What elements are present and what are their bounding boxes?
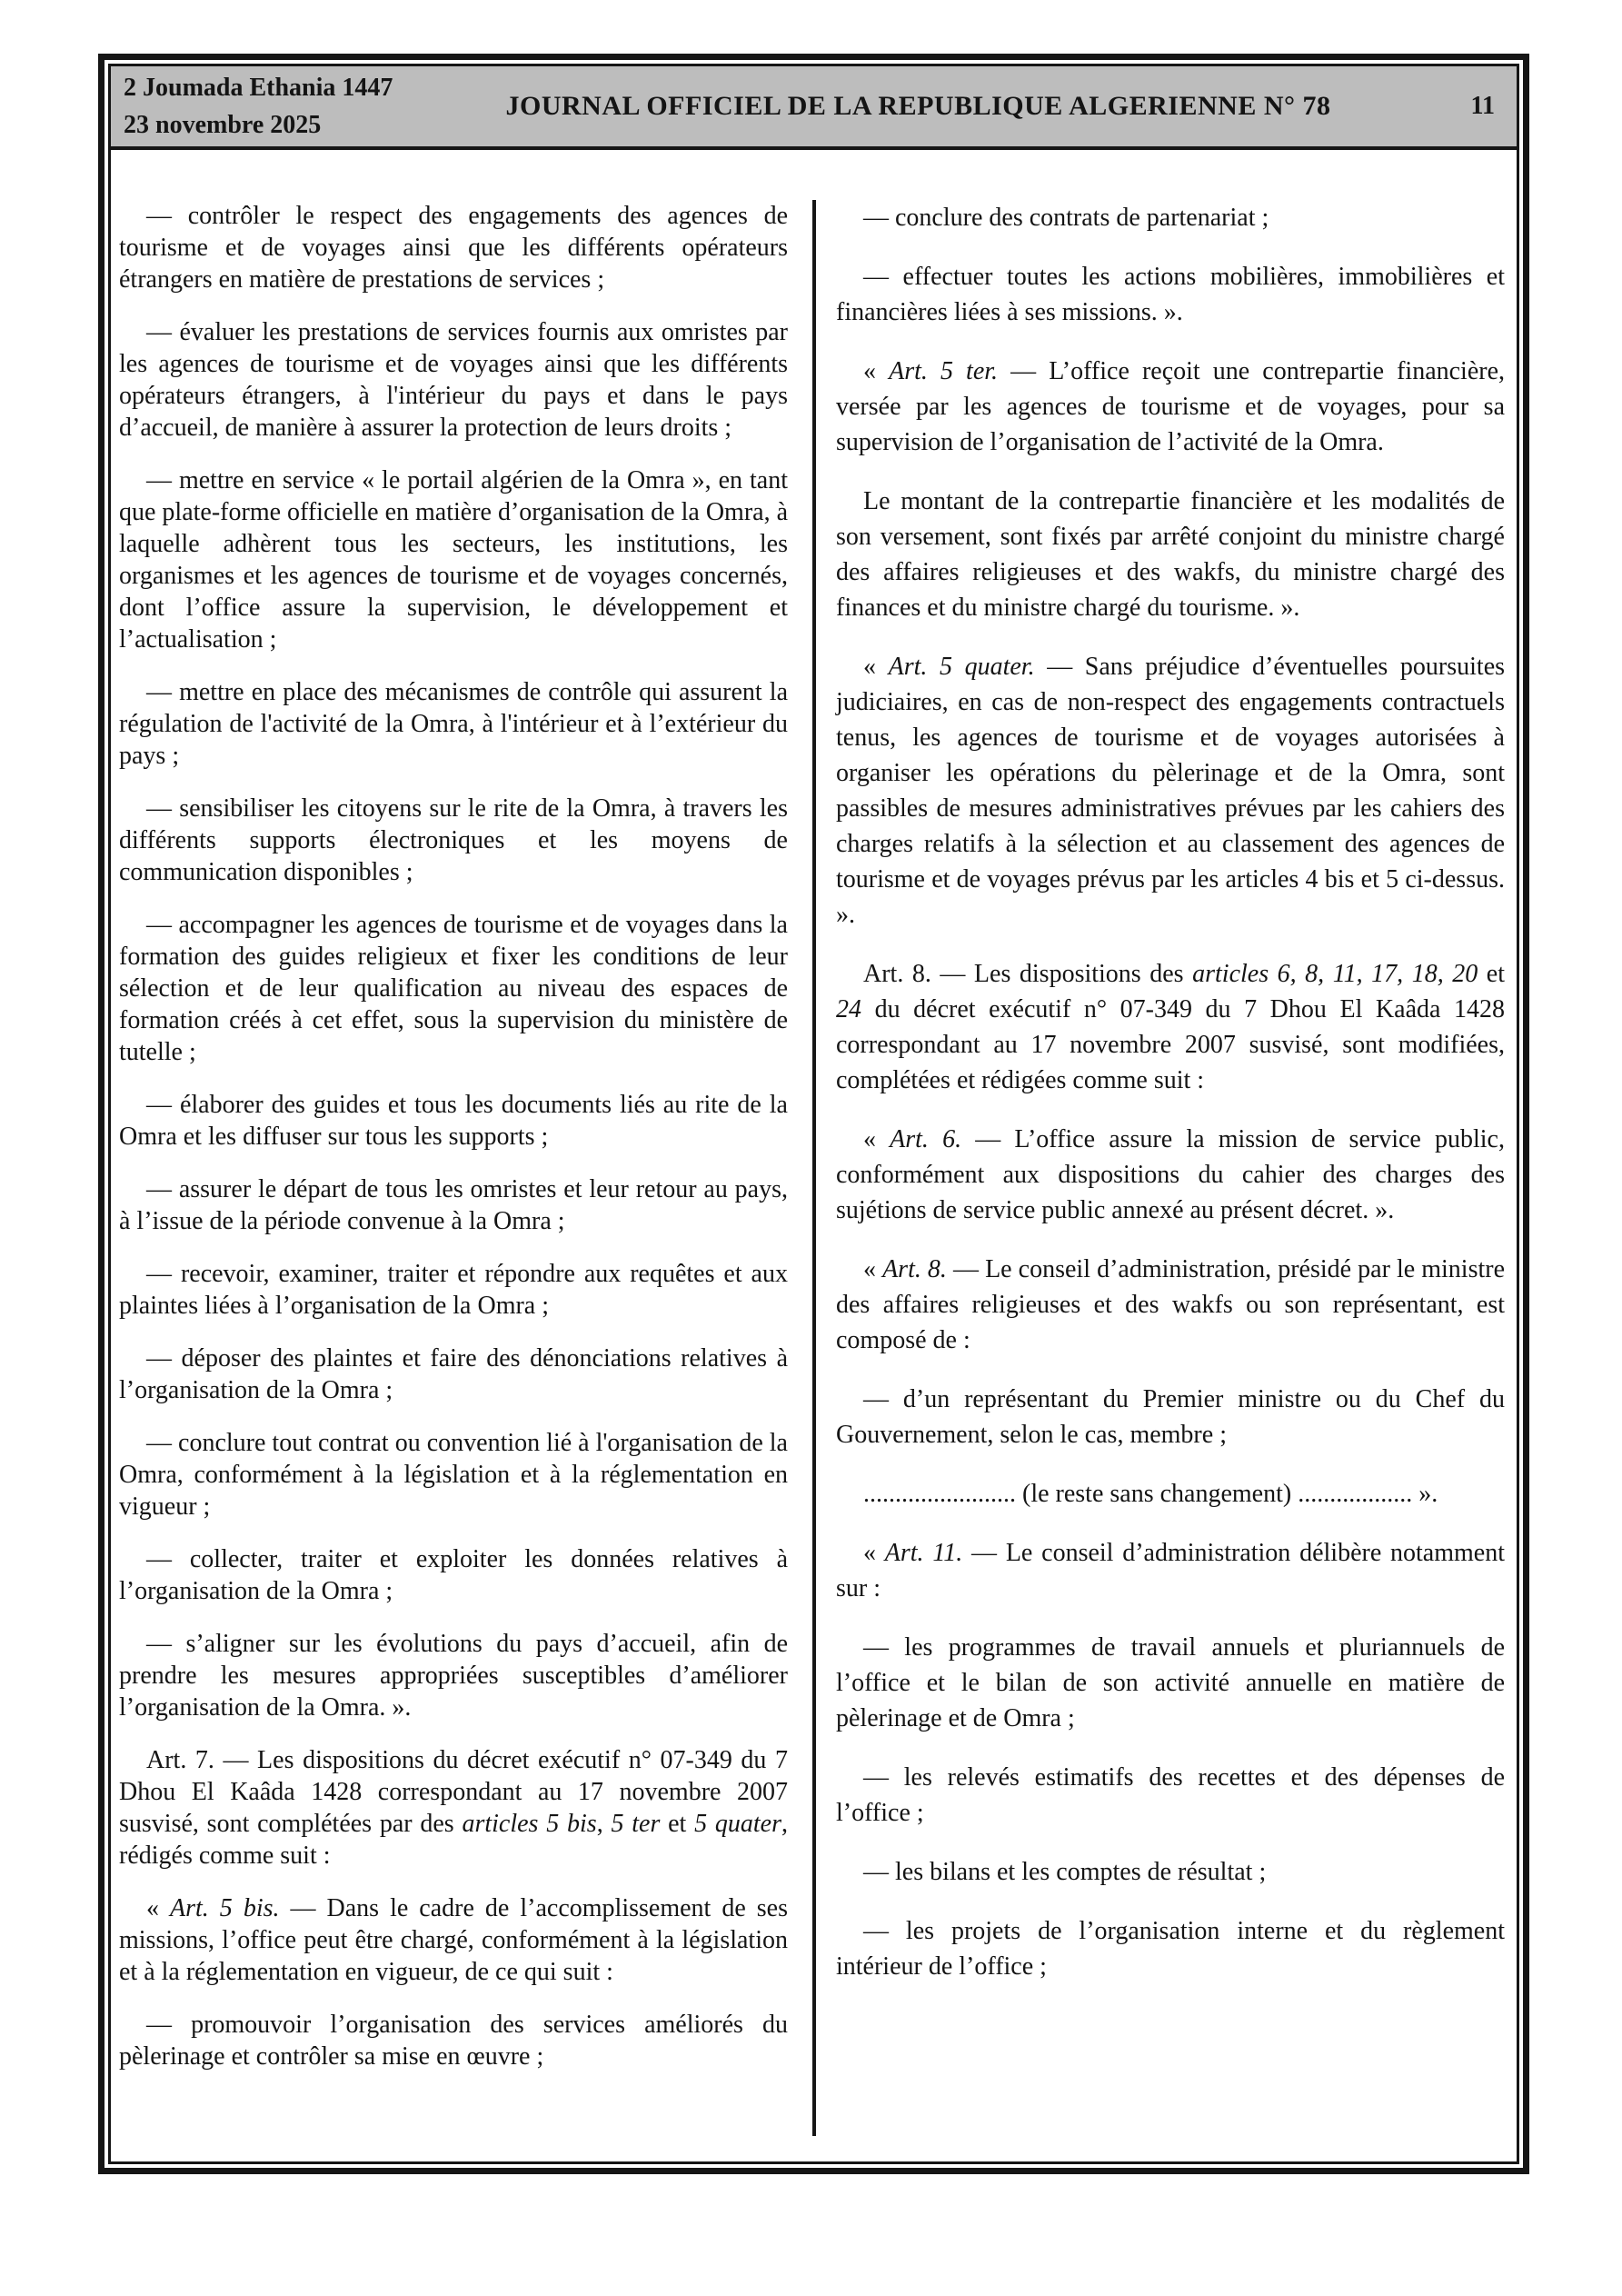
hijri-date: 2 Joumada Ethania 1447 — [124, 69, 405, 106]
italic-run: articles 5 bis — [462, 1810, 596, 1838]
page-header: 2 Joumada Ethania 1447 23 novembre 2025 … — [111, 66, 1517, 150]
paragraph: Art. 7. — Les dispositions du décret exé… — [119, 1744, 788, 1872]
paragraph: « Art. 5 bis. — Dans le cadre de l’accom… — [119, 1892, 788, 1988]
italic-run: Art. 11. — [885, 1539, 962, 1567]
paragraph: — promouvoir l’organisation des services… — [119, 2009, 788, 2072]
text-run: — les programmes de travail annuels et p… — [836, 1633, 1505, 1732]
text-run: — sensibiliser les citoyens sur le rite … — [119, 794, 788, 886]
column-divider — [812, 200, 816, 2136]
text-run: — mettre en place des mécanismes de cont… — [119, 678, 788, 770]
italic-run: 5 quater — [694, 1810, 781, 1838]
text-run: — d’un représentant du Premier ministre … — [836, 1385, 1505, 1449]
paragraph: — sensibiliser les citoyens sur le rite … — [119, 793, 788, 888]
paragraph: — recevoir, examiner, traiter et répondr… — [119, 1258, 788, 1322]
paragraph: — contrôler le respect des engagements d… — [119, 200, 788, 295]
text-run: — collecter, traiter et exploiter les do… — [119, 1545, 788, 1605]
text-run: , — [597, 1810, 612, 1838]
paragraph: — les programmes de travail annuels et p… — [836, 1630, 1505, 1736]
paragraph: — les projets de l’organisation interne … — [836, 1913, 1505, 1984]
text-run: — évaluer les prestations de services fo… — [119, 318, 788, 442]
paragraph: « Art. 11. — Le conseil d’administration… — [836, 1535, 1505, 1606]
text-run: — déposer des plaintes et faire des déno… — [119, 1344, 788, 1404]
italic-run: Art. 5 bis. — [170, 1894, 279, 1922]
text-run: et — [660, 1810, 694, 1838]
text-run: — les relevés estimatifs des recettes et… — [836, 1763, 1505, 1827]
text-run: — effectuer toutes les actions mobilière… — [836, 263, 1505, 326]
text-run: — mettre en service « le portail algérie… — [119, 466, 788, 654]
text-run: « — [863, 357, 889, 385]
paragraph: Le montant de la contrepartie financière… — [836, 484, 1505, 625]
text-run: — contrôler le respect des engagements d… — [119, 202, 788, 294]
text-run: — promouvoir l’organisation des services… — [119, 2011, 788, 2071]
italic-run: Art. 8. — [882, 1255, 947, 1283]
italic-run: Art. 5 quater. — [889, 653, 1035, 681]
text-run: Le montant de la contrepartie financière… — [836, 487, 1505, 622]
right-column: — conclure des contrats de partenariat ;… — [836, 200, 1505, 2008]
paragraph: — collecter, traiter et exploiter les do… — [119, 1543, 788, 1607]
text-run: — s’aligner sur les évolutions du pays d… — [119, 1630, 788, 1722]
header-dates: 2 Joumada Ethania 1447 23 novembre 2025 — [111, 69, 405, 144]
page-frame-inner: 2 Joumada Ethania 1447 23 novembre 2025 … — [108, 64, 1519, 2164]
paragraph: « Art. 6. — L’office assure la mission d… — [836, 1122, 1505, 1228]
paragraph: — déposer des plaintes et faire des déno… — [119, 1343, 788, 1406]
paragraph: — les bilans et les comptes de résultat … — [836, 1854, 1505, 1890]
text-run: — élaborer des guides et tous les docume… — [119, 1091, 788, 1151]
italic-run: Art. 5 ter. — [889, 357, 998, 385]
paragraph: — s’aligner sur les évolutions du pays d… — [119, 1628, 788, 1723]
paragraph: — évaluer les prestations de services fo… — [119, 316, 788, 444]
italic-run: Art. 6. — [890, 1125, 961, 1153]
paragraph: — conclure tout contrat ou convention li… — [119, 1427, 788, 1522]
italic-run: 5 ter — [611, 1810, 660, 1838]
paragraph: — assurer le départ de tous les omristes… — [119, 1173, 788, 1237]
paragraph: — conclure des contrats de partenariat ; — [836, 200, 1505, 235]
paragraph: — effectuer toutes les actions mobilière… — [836, 259, 1505, 330]
text-run: — les projets de l’organisation interne … — [836, 1917, 1505, 1981]
paragraph: — accompagner les agences de tourisme et… — [119, 909, 788, 1068]
text-run: « — [863, 1125, 890, 1153]
text-run: du décret exécutif n° 07-349 du 7 Dhou E… — [836, 995, 1505, 1094]
text-run: « — [863, 653, 889, 681]
gregorian-date: 23 novembre 2025 — [124, 106, 405, 144]
paragraph: « Art. 5 ter. — L’office reçoit une cont… — [836, 354, 1505, 460]
text-run: — assurer le départ de tous les omristes… — [119, 1175, 788, 1235]
paragraph: — élaborer des guides et tous les docume… — [119, 1089, 788, 1153]
paragraph: Art. 8. — Les dispositions des articles … — [836, 956, 1505, 1098]
page-frame: 2 Joumada Ethania 1447 23 novembre 2025 … — [98, 54, 1529, 2174]
text-run: — accompagner les agences de tourisme et… — [119, 911, 788, 1066]
text-run: — recevoir, examiner, traiter et répondr… — [119, 1260, 788, 1320]
page-number: 11 — [1431, 92, 1517, 121]
italic-run: 24 — [836, 995, 861, 1023]
paragraph: — mettre en service « le portail algérie… — [119, 464, 788, 655]
text-run: Art. 8. — Les dispositions des — [863, 960, 1192, 988]
journal-title: JOURNAL OFFICIEL DE LA REPUBLIQUE ALGERI… — [405, 91, 1431, 122]
text-run: — les bilans et les comptes de résultat … — [863, 1858, 1266, 1886]
content-area: — contrôler le respect des engagements d… — [111, 150, 1517, 2161]
text-run: — conclure des contrats de partenariat ; — [863, 204, 1269, 232]
text-run: ........................ (le reste sans … — [863, 1480, 1438, 1508]
paragraph: — d’un représentant du Premier ministre … — [836, 1382, 1505, 1452]
left-column: — contrôler le respect des engagements d… — [119, 200, 788, 2093]
paragraph: « Art. 8. — Le conseil d’administration,… — [836, 1252, 1505, 1358]
text-run: — Sans préjudice d’éventuelles poursuite… — [836, 653, 1505, 929]
paragraph: — mettre en place des mécanismes de cont… — [119, 676, 788, 772]
text-run: « — [863, 1539, 885, 1567]
italic-run: articles 6, 8, 11, 17, 18, 20 — [1192, 960, 1478, 988]
text-run: — conclure tout contrat ou convention li… — [119, 1429, 788, 1521]
text-run: « — [146, 1894, 170, 1922]
text-run: « — [863, 1255, 882, 1283]
text-run: et — [1478, 960, 1505, 988]
paragraph: « Art. 5 quater. — Sans préjudice d’éven… — [836, 649, 1505, 933]
paragraph: — les relevés estimatifs des recettes et… — [836, 1760, 1505, 1831]
paragraph: ........................ (le reste sans … — [836, 1476, 1505, 1512]
